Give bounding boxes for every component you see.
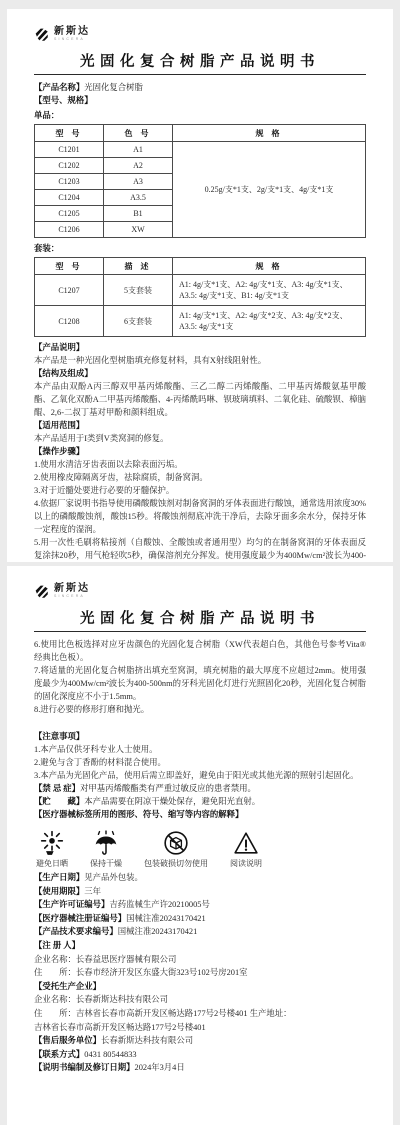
notice-item: 3.本产品为光固化产品，使用后需立即盖好，避免由于阳光或其他光源的照射引起固化。 [34, 769, 366, 782]
document-canvas: 新斯达 SINCERA 光固化复合树脂产品说明书 【产品名称】光固化复合树脂 【… [0, 0, 400, 1125]
cell-model: C1205 [35, 206, 104, 222]
field-label: 【说明书编制及修订日期】 [34, 1063, 135, 1072]
cell-model: C1208 [35, 306, 104, 337]
brand-subname: SINCERA [54, 595, 90, 599]
sun-icon [39, 828, 65, 856]
section-heading-composition: 【结构及组成】 [34, 367, 366, 380]
symbols-row: 避免日晒 保持干燥 [36, 828, 366, 869]
product-name-value: 光固化复合树脂 [84, 83, 143, 92]
table-header-row: 型 号 色 号 规 格 [35, 125, 366, 142]
field-manufacturer-address: 住 所：吉林省长春市高新开发区畅达路177号2号楼401 生产地址： [34, 1007, 366, 1021]
col-shade: 色 号 [104, 125, 173, 142]
field-value: 见产品外包装。 [84, 873, 143, 882]
field-label: 企业名称： [34, 955, 76, 964]
cell-shade: A2 [104, 158, 173, 174]
cell-model: C1204 [35, 190, 104, 206]
page-title: 光固化复合树脂产品说明书 [34, 607, 366, 628]
field-production-license: 【生产许可证编号】吉药监械生产许20210005号 [34, 898, 366, 912]
field-value: 吉林省长春市高新开发区畅达路177号2号楼401 生产地址： [76, 1009, 292, 1018]
field-label: 【医疗器械注册证编号】 [34, 914, 126, 923]
field-contact: 【联系方式】0431 80544833 [34, 1048, 366, 1062]
field-after-sales: 【售后服务单位】长春新斯达科技有限公司 [34, 1034, 366, 1048]
cell-desc: 6支套装 [104, 306, 173, 337]
field-label: 【产品技术要求编号】 [34, 927, 118, 936]
field-label: 【联系方式】 [34, 1050, 84, 1059]
brand-name: 新斯达 [54, 27, 90, 37]
field-tech-requirement: 【产品技术要求编号】国械注准20243170421 [34, 925, 366, 939]
cell-model: C1201 [35, 142, 104, 158]
col-spec: 规 格 [173, 125, 366, 142]
cell-model: C1202 [35, 158, 104, 174]
cell-shade: A1 [104, 142, 173, 158]
section-text-description: 本产品是一种光固化型树脂填充修复材料，具有X射线阻射性。 [34, 354, 366, 367]
col-model: 型 号 [35, 125, 104, 142]
contraindication-text: 对甲基丙烯酸酯类有严重过敏反应的患者禁用。 [80, 784, 256, 793]
step-item: 6.使用比色板选择对应牙齿颜色的光固化复合树脂（XW代表超白色，其他色号参考Vi… [34, 638, 366, 664]
symbol-label: 包装破损切勿使用 [144, 858, 208, 869]
field-label: 住 所： [34, 968, 76, 977]
brand-logo: 新斯达 SINCERA [34, 23, 366, 45]
field-label: 企业名称： [34, 995, 76, 1004]
symbol-damaged-package: 包装破损切勿使用 [144, 828, 208, 869]
cell-spec: A1: 4g/支*1支、A2: 4g/支*2支、A3: 4g/支*2支、A3.5… [173, 306, 366, 337]
field-registrant-company: 企业名称：长春益思医疗器械有限公司 [34, 953, 366, 967]
warning-icon [233, 828, 259, 856]
field-label: 住 所： [34, 1009, 76, 1018]
cell-shade: A3.5 [104, 190, 173, 206]
cell-model: C1206 [35, 222, 104, 238]
cell-model: C1203 [35, 174, 104, 190]
field-label: 【生产许可证编号】 [34, 900, 109, 909]
step-item: 5.用一次性毛刷将粘接剂（自酸蚀、全酸蚀或者通用型）均匀的在制备窝洞的牙体表面反… [34, 536, 366, 562]
single-items-table: 型 号 色 号 规 格 C1201 A1 0.25g/支*1支、2g/支*1支、… [34, 124, 366, 238]
section-heading-notice: 【注意事项】 [34, 730, 366, 743]
symbol-keep-dry: 保持干燥 [90, 828, 122, 869]
section-heading-steps: 【操作步骤】 [34, 445, 366, 458]
symbol-read-instructions: 阅读说明 [230, 828, 262, 869]
field-value: 长春市经济开发区东盛大街323号102号房201室 [76, 968, 248, 977]
field-label: 【注 册 人】 [34, 941, 80, 950]
page-2: 新斯达 SINCERA 光固化复合树脂产品说明书 6.使用比色板选择对应牙齿颜色… [7, 566, 393, 1125]
field-value: 2024年3月4日 [135, 1063, 185, 1072]
section-text-scope: 本产品适用于I类到V类窝洞的修复。 [34, 432, 366, 445]
step-item: 7.将适量的光固化复合树脂挤出填充至窝洞，填充树脂的最大厚度不应超过2mm。使用… [34, 664, 366, 703]
field-value: 吉药监械生产许20210005号 [109, 900, 210, 909]
brand-logo-icon [34, 27, 49, 42]
field-label: 【使用期限】 [34, 887, 84, 896]
set-items-table: 型 号 描 述 规 格 C1207 5支套装 A1: 4g/支*1支、A2: 4… [34, 257, 366, 337]
page-title: 光固化复合树脂产品说明书 [34, 50, 366, 71]
cell-model: C1207 [35, 275, 104, 306]
cell-shade: B1 [104, 206, 173, 222]
field-manufacturer-heading: 【受托生产企业】 [34, 980, 366, 994]
col-model: 型 号 [35, 258, 104, 275]
cell-spec: 0.25g/支*1支、2g/支*1支、4g/支*1支 [173, 142, 366, 238]
contraindication-line: 【禁 忌 症】对甲基丙烯酸酯类有严重过敏反应的患者禁用。 [34, 782, 366, 795]
step-item: 1.使用水清洁牙齿表面以去除表面污垢。 [34, 458, 366, 471]
model-spec-heading: 【型号、规格】 [34, 94, 366, 107]
field-value: 长春新斯达科技有限公司 [101, 1036, 193, 1045]
step-item: 2.使用橡皮障隔离牙齿，祛除腐质，制备窝洞。 [34, 471, 366, 484]
single-items-label: 单品： [34, 109, 366, 122]
title-rule [34, 74, 366, 75]
brand-logo-icon [34, 584, 49, 599]
field-value: 0431 80544833 [84, 1050, 136, 1059]
step-item: 8.进行必要的修形打磨和抛光。 [34, 703, 366, 716]
notice-item: 2.避免与含丁香酚的材料混合使用。 [34, 756, 366, 769]
brand-name: 新斯达 [54, 584, 90, 594]
field-shelf-life: 【使用期限】三年 [34, 885, 366, 899]
table-row: C1208 6支套装 A1: 4g/支*1支、A2: 4g/支*2支、A3: 4… [35, 306, 366, 337]
section-heading-scope: 【适用范围】 [34, 419, 366, 432]
product-name-line: 【产品名称】光固化复合树脂 [34, 81, 366, 94]
field-label: 【售后服务单位】 [34, 1036, 101, 1045]
step-item: 4.依据厂家说明书指导使用磷酸酸蚀剂对制备窝洞的牙体表面进行酸蚀，通常选用浓度3… [34, 497, 366, 536]
col-spec: 规 格 [173, 258, 366, 275]
umbrella-icon [93, 828, 119, 856]
damaged-package-icon [163, 828, 189, 856]
brand-logo: 新斯达 SINCERA [34, 580, 366, 602]
col-desc: 描 述 [104, 258, 173, 275]
section-text-composition: 本产品由双酚A丙三醇双甲基丙烯酸酯、三乙二醇二丙烯酸酯、二甲基丙烯酸氨基甲酸酯、… [34, 380, 366, 419]
notice-item: 1.本产品仅供牙科专业人士使用。 [34, 743, 366, 756]
field-production-address: 吉林省长春市高新开发区畅达路177号2号楼401 [34, 1021, 366, 1035]
field-value: 长春益思医疗器械有限公司 [76, 955, 177, 964]
symbol-label: 保持干燥 [90, 858, 122, 869]
field-registrant-heading: 【注 册 人】 [34, 939, 366, 953]
field-label: 【受托生产企业】 [34, 982, 101, 991]
title-rule [34, 631, 366, 632]
field-value: 国械注准20243170421 [118, 927, 198, 936]
storage-label: 【贮 藏】 [34, 797, 84, 806]
field-value: 吉林省长春市高新开发区畅达路177号2号楼401 [34, 1023, 206, 1032]
section-heading-symbols: 【医疗器械标签所用的图形、符号、缩写等内容的解释】 [34, 808, 366, 821]
symbol-label: 阅读说明 [230, 858, 262, 869]
section-heading-description: 【产品说明】 [34, 341, 366, 354]
cell-spec: A1: 4g/支*1支、A2: 4g/支*1支、A3: 4g/支*1支、A3.5… [173, 275, 366, 306]
cell-shade: A3 [104, 174, 173, 190]
field-value: 长春新斯达科技有限公司 [76, 995, 168, 1004]
symbol-keep-from-sunlight: 避免日晒 [36, 828, 68, 869]
field-manufacturer-company: 企业名称：长春新斯达科技有限公司 [34, 993, 366, 1007]
field-value: 国械注准20243170421 [126, 914, 206, 923]
set-items-label: 套装： [34, 242, 366, 255]
step-item: 3.对于近髓处要进行必要的牙髓保护。 [34, 484, 366, 497]
table-header-row: 型 号 描 述 规 格 [35, 258, 366, 275]
storage-text: 本产品需要在阴凉干燥处保存，避免阳光直射。 [84, 797, 260, 806]
table-row: C1201 A1 0.25g/支*1支、2g/支*1支、4g/支*1支 [35, 142, 366, 158]
field-revision-date: 【说明书编制及修订日期】2024年3月4日 [34, 1061, 366, 1075]
field-registrant-address: 住 所：长春市经济开发区东盛大街323号102号房201室 [34, 966, 366, 980]
symbol-label: 避免日晒 [36, 858, 68, 869]
brand-subname: SINCERA [54, 38, 90, 42]
cell-desc: 5支套装 [104, 275, 173, 306]
field-registration-cert: 【医疗器械注册证编号】国械注准20243170421 [34, 912, 366, 926]
product-name-label: 【产品名称】 [34, 83, 84, 92]
storage-line: 【贮 藏】本产品需要在阴凉干燥处保存，避免阳光直射。 [34, 795, 366, 808]
cell-shade: XW [104, 222, 173, 238]
field-production-date: 【生产日期】见产品外包装。 [34, 871, 366, 885]
field-value: 三年 [84, 887, 101, 896]
field-label: 【生产日期】 [34, 873, 84, 882]
table-row: C1207 5支套装 A1: 4g/支*1支、A2: 4g/支*1支、A3: 4… [35, 275, 366, 306]
contraindication-label: 【禁 忌 症】 [34, 784, 80, 793]
page-1: 新斯达 SINCERA 光固化复合树脂产品说明书 【产品名称】光固化复合树脂 【… [7, 9, 393, 562]
